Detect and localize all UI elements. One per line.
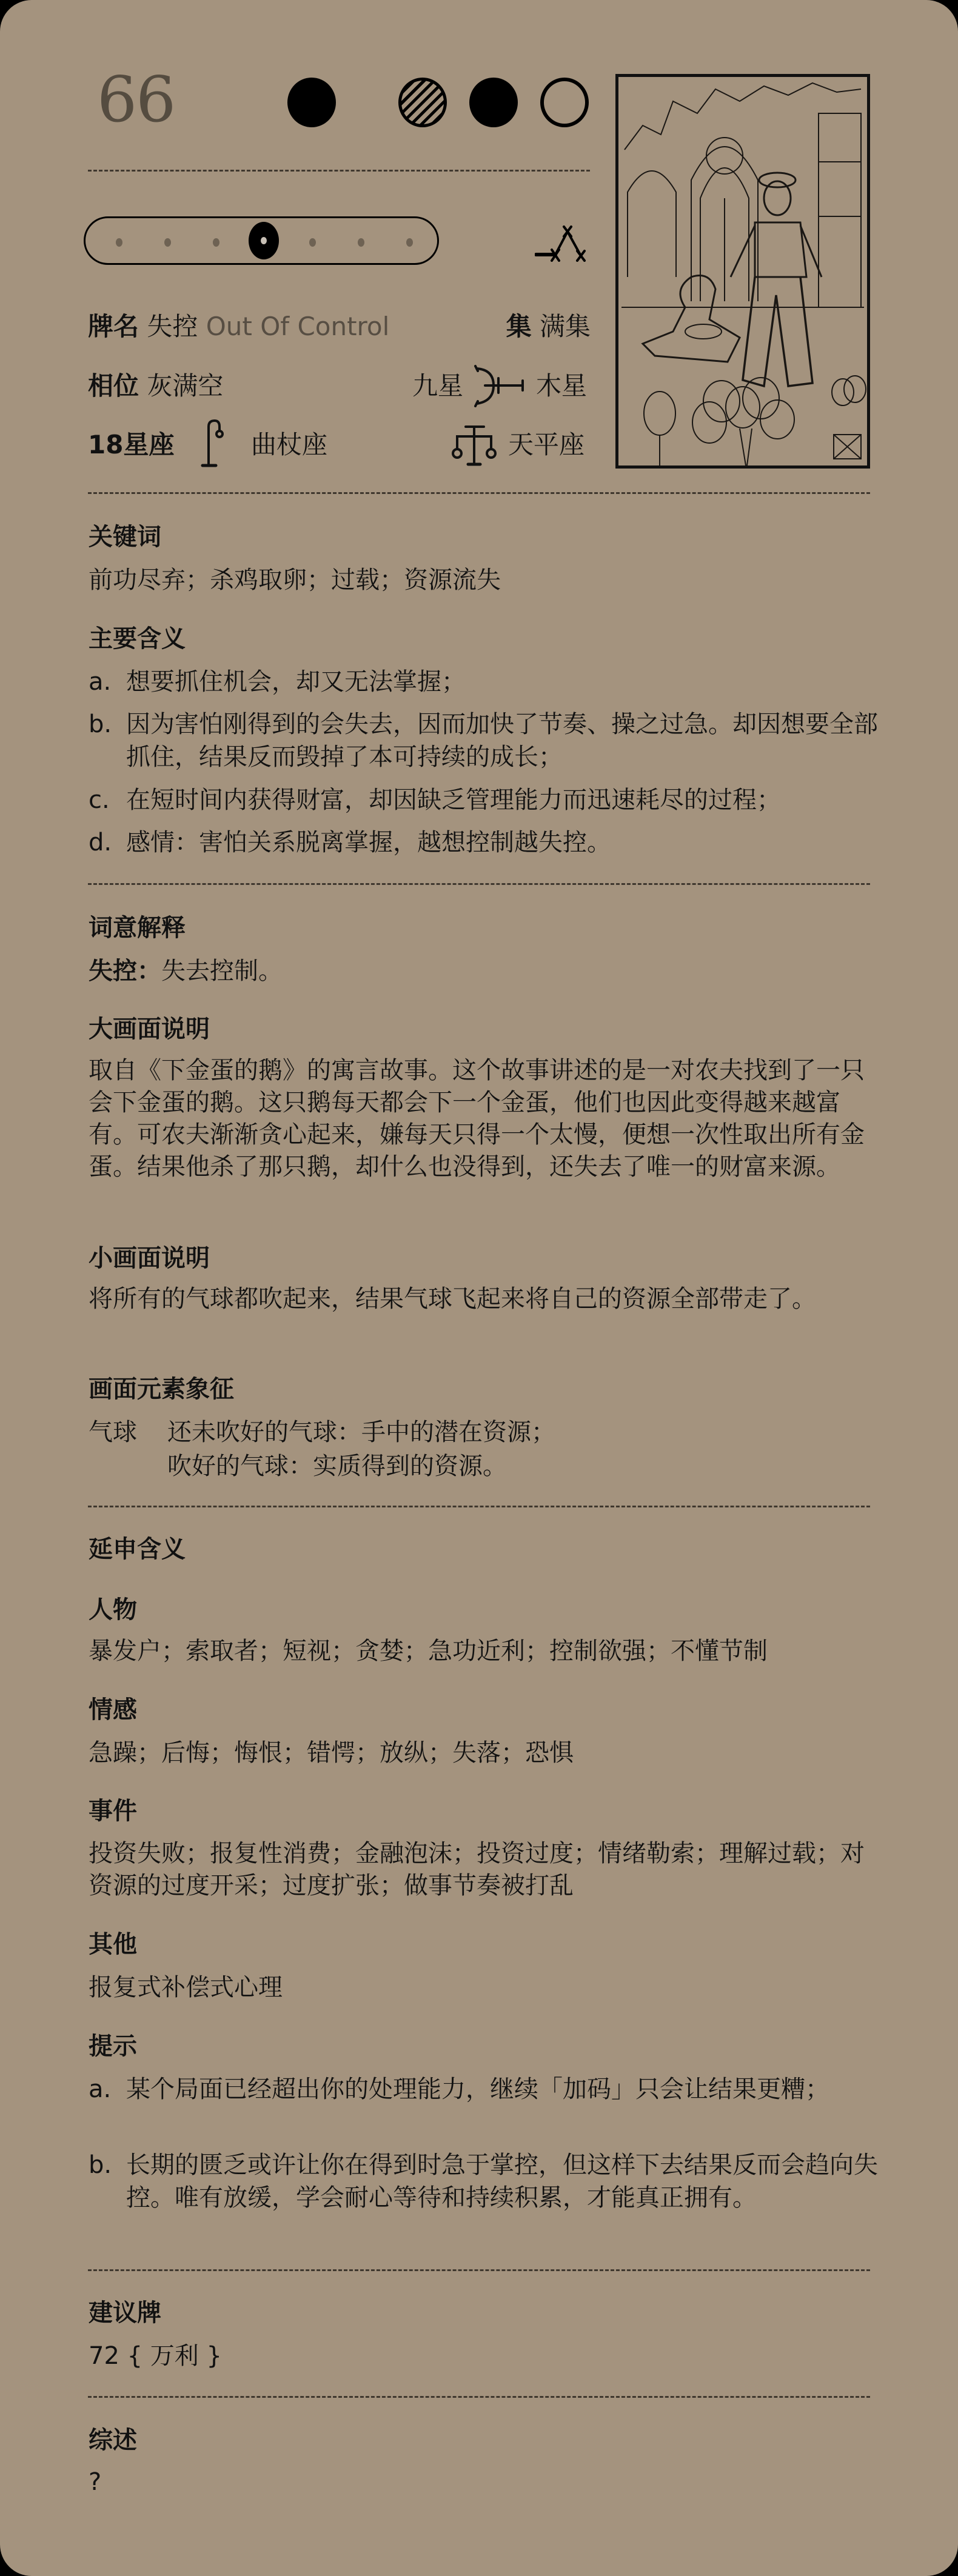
big-picture-text: 取自《下金蛋的鹅》的寓言故事。这个故事讲述的是一对农夫找到了一只会下金蛋的鹅。这… bbox=[89, 1055, 877, 1183]
constellation-label: 18星座 bbox=[88, 429, 174, 461]
slider-position[interactable] bbox=[358, 238, 364, 247]
moon-empty-icon bbox=[540, 78, 589, 127]
slider-position[interactable] bbox=[116, 238, 122, 247]
people-title: 人物 bbox=[89, 1594, 137, 1626]
card-name-label: 牌名 bbox=[88, 312, 139, 341]
extended-title: 延申含义 bbox=[89, 1533, 186, 1565]
suggested-card-title: 建议牌 bbox=[89, 2297, 161, 2329]
phase-row: 相位 灰满空 bbox=[88, 370, 223, 402]
list-text: 在短时间内获得财富，却因缺乏管理能力而迅速耗尽的过程； bbox=[126, 784, 878, 816]
word-definition: 失去控制。 bbox=[161, 957, 283, 985]
divider bbox=[88, 1506, 870, 1507]
other-title: 其他 bbox=[89, 1929, 137, 1960]
keywords-title: 关键词 bbox=[89, 521, 161, 553]
list-text: 某个局面已经超出你的处理能力，继续「加码」只会让结果更糟； bbox=[126, 2073, 878, 2106]
list-marker: a. bbox=[89, 666, 111, 698]
main-meaning-title: 主要含义 bbox=[89, 623, 186, 655]
emotion-text: 急躁；后悔；悔恨；错愕；放纵；失落；恐惧 bbox=[89, 1737, 574, 1769]
symbol-element: 气球 bbox=[89, 1416, 137, 1449]
slider-handle[interactable] bbox=[249, 222, 279, 259]
divider bbox=[88, 170, 590, 172]
divider bbox=[88, 2269, 870, 2271]
moon-full-icon bbox=[287, 78, 336, 127]
slider-position[interactable] bbox=[309, 238, 316, 247]
keywords-text: 前功尽弃；杀鸡取卵；过载；资源流失 bbox=[89, 564, 501, 596]
nine-star-label: 九星 bbox=[412, 370, 463, 402]
big-picture-title: 大画面说明 bbox=[89, 1013, 210, 1045]
set-value: 满集 bbox=[540, 312, 591, 341]
slider-position[interactable] bbox=[164, 238, 171, 247]
constellation-icon bbox=[535, 225, 591, 262]
word-meaning-title: 词意解释 bbox=[89, 912, 186, 944]
other-text: 报复式补偿式心理 bbox=[89, 1971, 283, 2004]
set-row: 集 满集 bbox=[506, 311, 591, 342]
card-name-cn: 失控 bbox=[147, 312, 198, 341]
list-marker: a. bbox=[89, 2073, 111, 2106]
list-text: 想要抓住机会，却又无法掌握； bbox=[126, 666, 878, 698]
card-detail-page: 66 bbox=[0, 0, 958, 2576]
moon-full-icon bbox=[469, 78, 518, 127]
tips-title: 提示 bbox=[89, 2030, 137, 2062]
set-label: 集 bbox=[506, 312, 532, 341]
card-name-row: 牌名 失控 Out Of Control bbox=[88, 311, 389, 342]
slider-position[interactable] bbox=[213, 238, 219, 247]
slider-position[interactable] bbox=[406, 238, 413, 247]
phase-slider[interactable] bbox=[84, 216, 439, 265]
list-marker: d. bbox=[89, 826, 112, 859]
phase-label: 相位 bbox=[88, 371, 139, 401]
list-text: 因为害怕刚得到的会失去，因而加快了节奏、操之过急。却因想要全部抓住，结果反而毁掉… bbox=[126, 708, 878, 773]
symbols-title: 画面元素象征 bbox=[89, 1373, 234, 1405]
constellation-value: 曲杖座 bbox=[251, 429, 327, 461]
list-text: 长期的匮乏或许让你在得到时急于掌控，但这样下去结果反而会趋向失控。唯有放缓，学会… bbox=[126, 2149, 878, 2214]
nine-star-value: 木星 bbox=[536, 370, 587, 402]
crook-staff-icon bbox=[200, 418, 227, 469]
event-title: 事件 bbox=[89, 1795, 137, 1827]
jupiter-symbol-icon bbox=[473, 364, 528, 407]
emotion-title: 情感 bbox=[89, 1694, 137, 1726]
phase-value: 灰满空 bbox=[147, 371, 223, 401]
divider bbox=[88, 2396, 870, 2398]
divider bbox=[88, 883, 870, 885]
moon-hatched-icon bbox=[398, 78, 447, 127]
libra-scale-icon bbox=[450, 424, 501, 468]
people-text: 暴发户；索取者；短视；贪婪；急功近利；控制欲强；不懂节制 bbox=[89, 1635, 768, 1667]
word-meaning-row: 失控：失去控制。 bbox=[89, 955, 283, 987]
symbol-line: 吹好的气球：实质得到的资源。 bbox=[167, 1450, 507, 1483]
card-number: 66 bbox=[97, 68, 175, 131]
summary-title: 综述 bbox=[89, 2424, 137, 2456]
small-picture-text: 将所有的气球都吹起来，结果气球飞起来将自己的资源全部带走了。 bbox=[89, 1283, 877, 1315]
zodiac-value: 天平座 bbox=[508, 429, 585, 461]
symbol-line: 还未吹好的气球：手中的潜在资源； bbox=[167, 1416, 555, 1449]
list-marker: c. bbox=[89, 784, 110, 816]
suggested-card-value[interactable]: 72 { 万利 } bbox=[89, 2340, 222, 2372]
list-marker: b. bbox=[89, 2149, 112, 2181]
card-name-en: Out Of Control bbox=[206, 312, 390, 341]
card-artwork-image bbox=[618, 77, 867, 465]
list-text: 感情：害怕关系脱离掌握，越想控制越失控。 bbox=[126, 826, 878, 859]
list-marker: b. bbox=[89, 708, 112, 741]
word-term: 失控： bbox=[89, 957, 161, 985]
card-illustration bbox=[615, 74, 870, 469]
divider bbox=[88, 492, 870, 494]
summary-value: ? bbox=[89, 2466, 101, 2498]
small-picture-title: 小画面说明 bbox=[89, 1243, 210, 1274]
event-text: 投资失败；报复性消费；金融泡沫；投资过度；情绪勒索；理解过载；对资源的过度开采；… bbox=[89, 1838, 877, 1902]
